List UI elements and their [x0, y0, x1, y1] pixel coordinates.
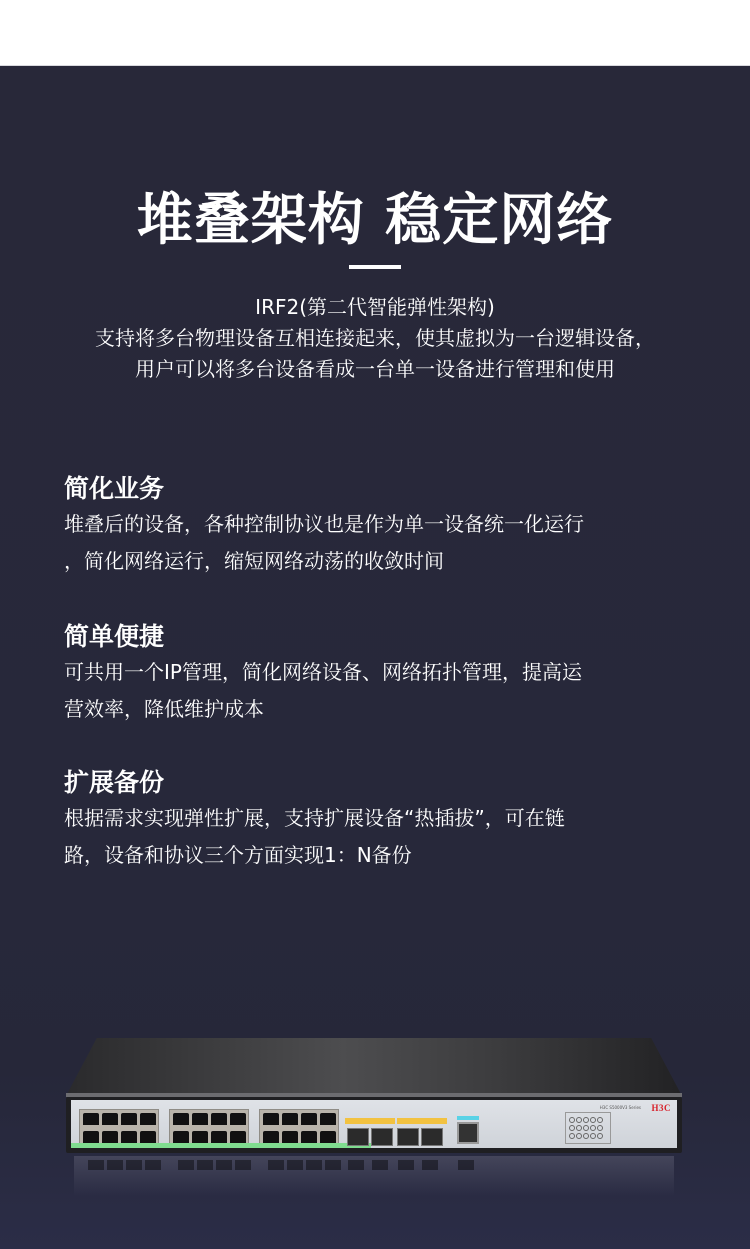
- sfp-port-icon: [371, 1128, 393, 1146]
- hero-title: 堆叠架构 稳定网络: [0, 186, 750, 256]
- reflection-shape: [268, 1160, 284, 1170]
- reflection-shape: [197, 1160, 213, 1170]
- reflection-shape: [398, 1160, 414, 1170]
- rj45-port-group: [169, 1109, 249, 1147]
- feature-text-line: ，简化网络运行，缩短网络动荡的收敛时间: [64, 543, 704, 580]
- led-icon: [576, 1117, 582, 1123]
- rj45-port-icon: [211, 1131, 227, 1143]
- brand-logo: H3C: [652, 1103, 672, 1113]
- rj45-port-icon: [102, 1113, 118, 1125]
- series-label: H3C S5000V3 Series: [600, 1105, 641, 1110]
- rj45-port-icon: [301, 1113, 317, 1125]
- rj45-port-icon: [173, 1131, 189, 1143]
- led-icon: [583, 1133, 589, 1139]
- rj45-port-icon: [140, 1113, 156, 1125]
- reflection-shape: [126, 1160, 142, 1170]
- sfp-label: [397, 1118, 447, 1124]
- switch-product-image: H3C S5000V3 Series H3C: [66, 1038, 682, 1248]
- intro-text: IRF2(第二代智能弹性架构) 支持将多台物理设备互相连接起来，使其虚拟为一台逻…: [0, 292, 750, 385]
- feature-expansion-backup: 扩展备份 根据需求实现弹性扩展，支持扩展设备“热插拔”，可在链 路，设备和协议三…: [64, 766, 704, 874]
- feature-text-line: 可共用一个IP管理，简化网络设备、网络拓扑管理，提高运: [64, 654, 704, 691]
- reflection-shape: [458, 1160, 474, 1170]
- sfp-port-icon: [347, 1128, 369, 1146]
- sfp-port-icon: [397, 1128, 419, 1146]
- rj45-port-icon: [263, 1131, 279, 1143]
- rj45-port-icon: [282, 1113, 298, 1125]
- led-icon: [597, 1133, 603, 1139]
- reflection-shape: [178, 1160, 194, 1170]
- feature-text-line: 堆叠后的设备，各种控制协议也是作为单一设备统一化运行: [64, 506, 704, 543]
- switch-faceplate: H3C S5000V3 Series H3C: [71, 1100, 677, 1148]
- reflection-shape: [145, 1160, 161, 1170]
- title-divider: [349, 265, 401, 269]
- stacking-feature-panel: 堆叠架构 稳定网络 IRF2(第二代智能弹性架构) 支持将多台物理设备互相连接起…: [0, 66, 750, 1249]
- reflection-shape: [287, 1160, 303, 1170]
- led-icon: [597, 1125, 603, 1131]
- feature-simplify-business: 简化业务 堆叠后的设备，各种控制协议也是作为单一设备统一化运行 ，简化网络运行，…: [64, 472, 704, 580]
- led-icon: [590, 1117, 596, 1123]
- feature-text-line: 路，设备和协议三个方面实现1：N备份: [64, 837, 704, 874]
- feature-text-line: 营效率，降低维护成本: [64, 691, 704, 728]
- rj45-port-icon: [230, 1131, 246, 1143]
- rj45-port-icon: [83, 1113, 99, 1125]
- switch-reflection: [74, 1156, 674, 1196]
- feature-title: 扩展备份: [64, 766, 704, 800]
- rj45-port-icon: [121, 1113, 137, 1125]
- sfp-port-icon: [421, 1128, 443, 1146]
- led-icon: [597, 1117, 603, 1123]
- rj45-port-icon: [192, 1113, 208, 1125]
- reflection-shape: [216, 1160, 232, 1170]
- top-blank-area: [0, 0, 750, 66]
- reflection-shape: [88, 1160, 104, 1170]
- switch-top-cover: [66, 1038, 682, 1096]
- led-indicator-panel: [565, 1112, 611, 1144]
- console-label: [457, 1116, 479, 1120]
- led-icon: [576, 1133, 582, 1139]
- feature-title: 简化业务: [64, 472, 704, 506]
- reflection-shape: [235, 1160, 251, 1170]
- rj45-port-icon: [211, 1113, 227, 1125]
- feature-text-line: 根据需求实现弹性扩展，支持扩展设备“热插拔”，可在链: [64, 800, 704, 837]
- rj45-port-icon: [230, 1113, 246, 1125]
- intro-line: IRF2(第二代智能弹性架构): [0, 292, 750, 323]
- reflection-shape: [107, 1160, 123, 1170]
- rj45-port-icon: [83, 1131, 99, 1143]
- feature-simple-convenient: 简单便捷 可共用一个IP管理，简化网络设备、网络拓扑管理，提高运 营效率，降低维…: [64, 620, 704, 728]
- led-icon: [583, 1117, 589, 1123]
- led-icon: [569, 1117, 575, 1123]
- reflection-shape: [422, 1160, 438, 1170]
- console-port-icon: [457, 1122, 479, 1144]
- rj45-port-group: [259, 1109, 339, 1147]
- rj45-port-icon: [121, 1131, 137, 1143]
- rj45-port-icon: [173, 1113, 189, 1125]
- intro-line: 支持将多台物理设备互相连接起来，使其虚拟为一台逻辑设备，: [0, 323, 750, 354]
- led-icon: [569, 1125, 575, 1131]
- rj45-port-icon: [192, 1131, 208, 1143]
- rj45-port-icon: [320, 1131, 336, 1143]
- switch-front-panel: H3C S5000V3 Series H3C: [66, 1097, 682, 1153]
- led-icon: [590, 1133, 596, 1139]
- rj45-port-icon: [102, 1131, 118, 1143]
- reflection-shape: [325, 1160, 341, 1170]
- rj45-port-icon: [140, 1131, 156, 1143]
- led-icon: [590, 1125, 596, 1131]
- reflection-shape: [306, 1160, 322, 1170]
- reflection-shape: [372, 1160, 388, 1170]
- rj45-port-icon: [282, 1131, 298, 1143]
- rj45-port-icon: [301, 1131, 317, 1143]
- led-icon: [569, 1133, 575, 1139]
- intro-line: 用户可以将多台设备看成一台单一设备进行管理和使用: [0, 354, 750, 385]
- rj45-port-icon: [263, 1113, 279, 1125]
- led-icon: [583, 1125, 589, 1131]
- feature-title: 简单便捷: [64, 620, 704, 654]
- rj45-port-group: [79, 1109, 159, 1147]
- rj45-port-icon: [320, 1113, 336, 1125]
- poe-indicator-strip: [71, 1143, 371, 1148]
- reflection-shape: [348, 1160, 364, 1170]
- sfp-label: [345, 1118, 395, 1124]
- led-icon: [576, 1125, 582, 1131]
